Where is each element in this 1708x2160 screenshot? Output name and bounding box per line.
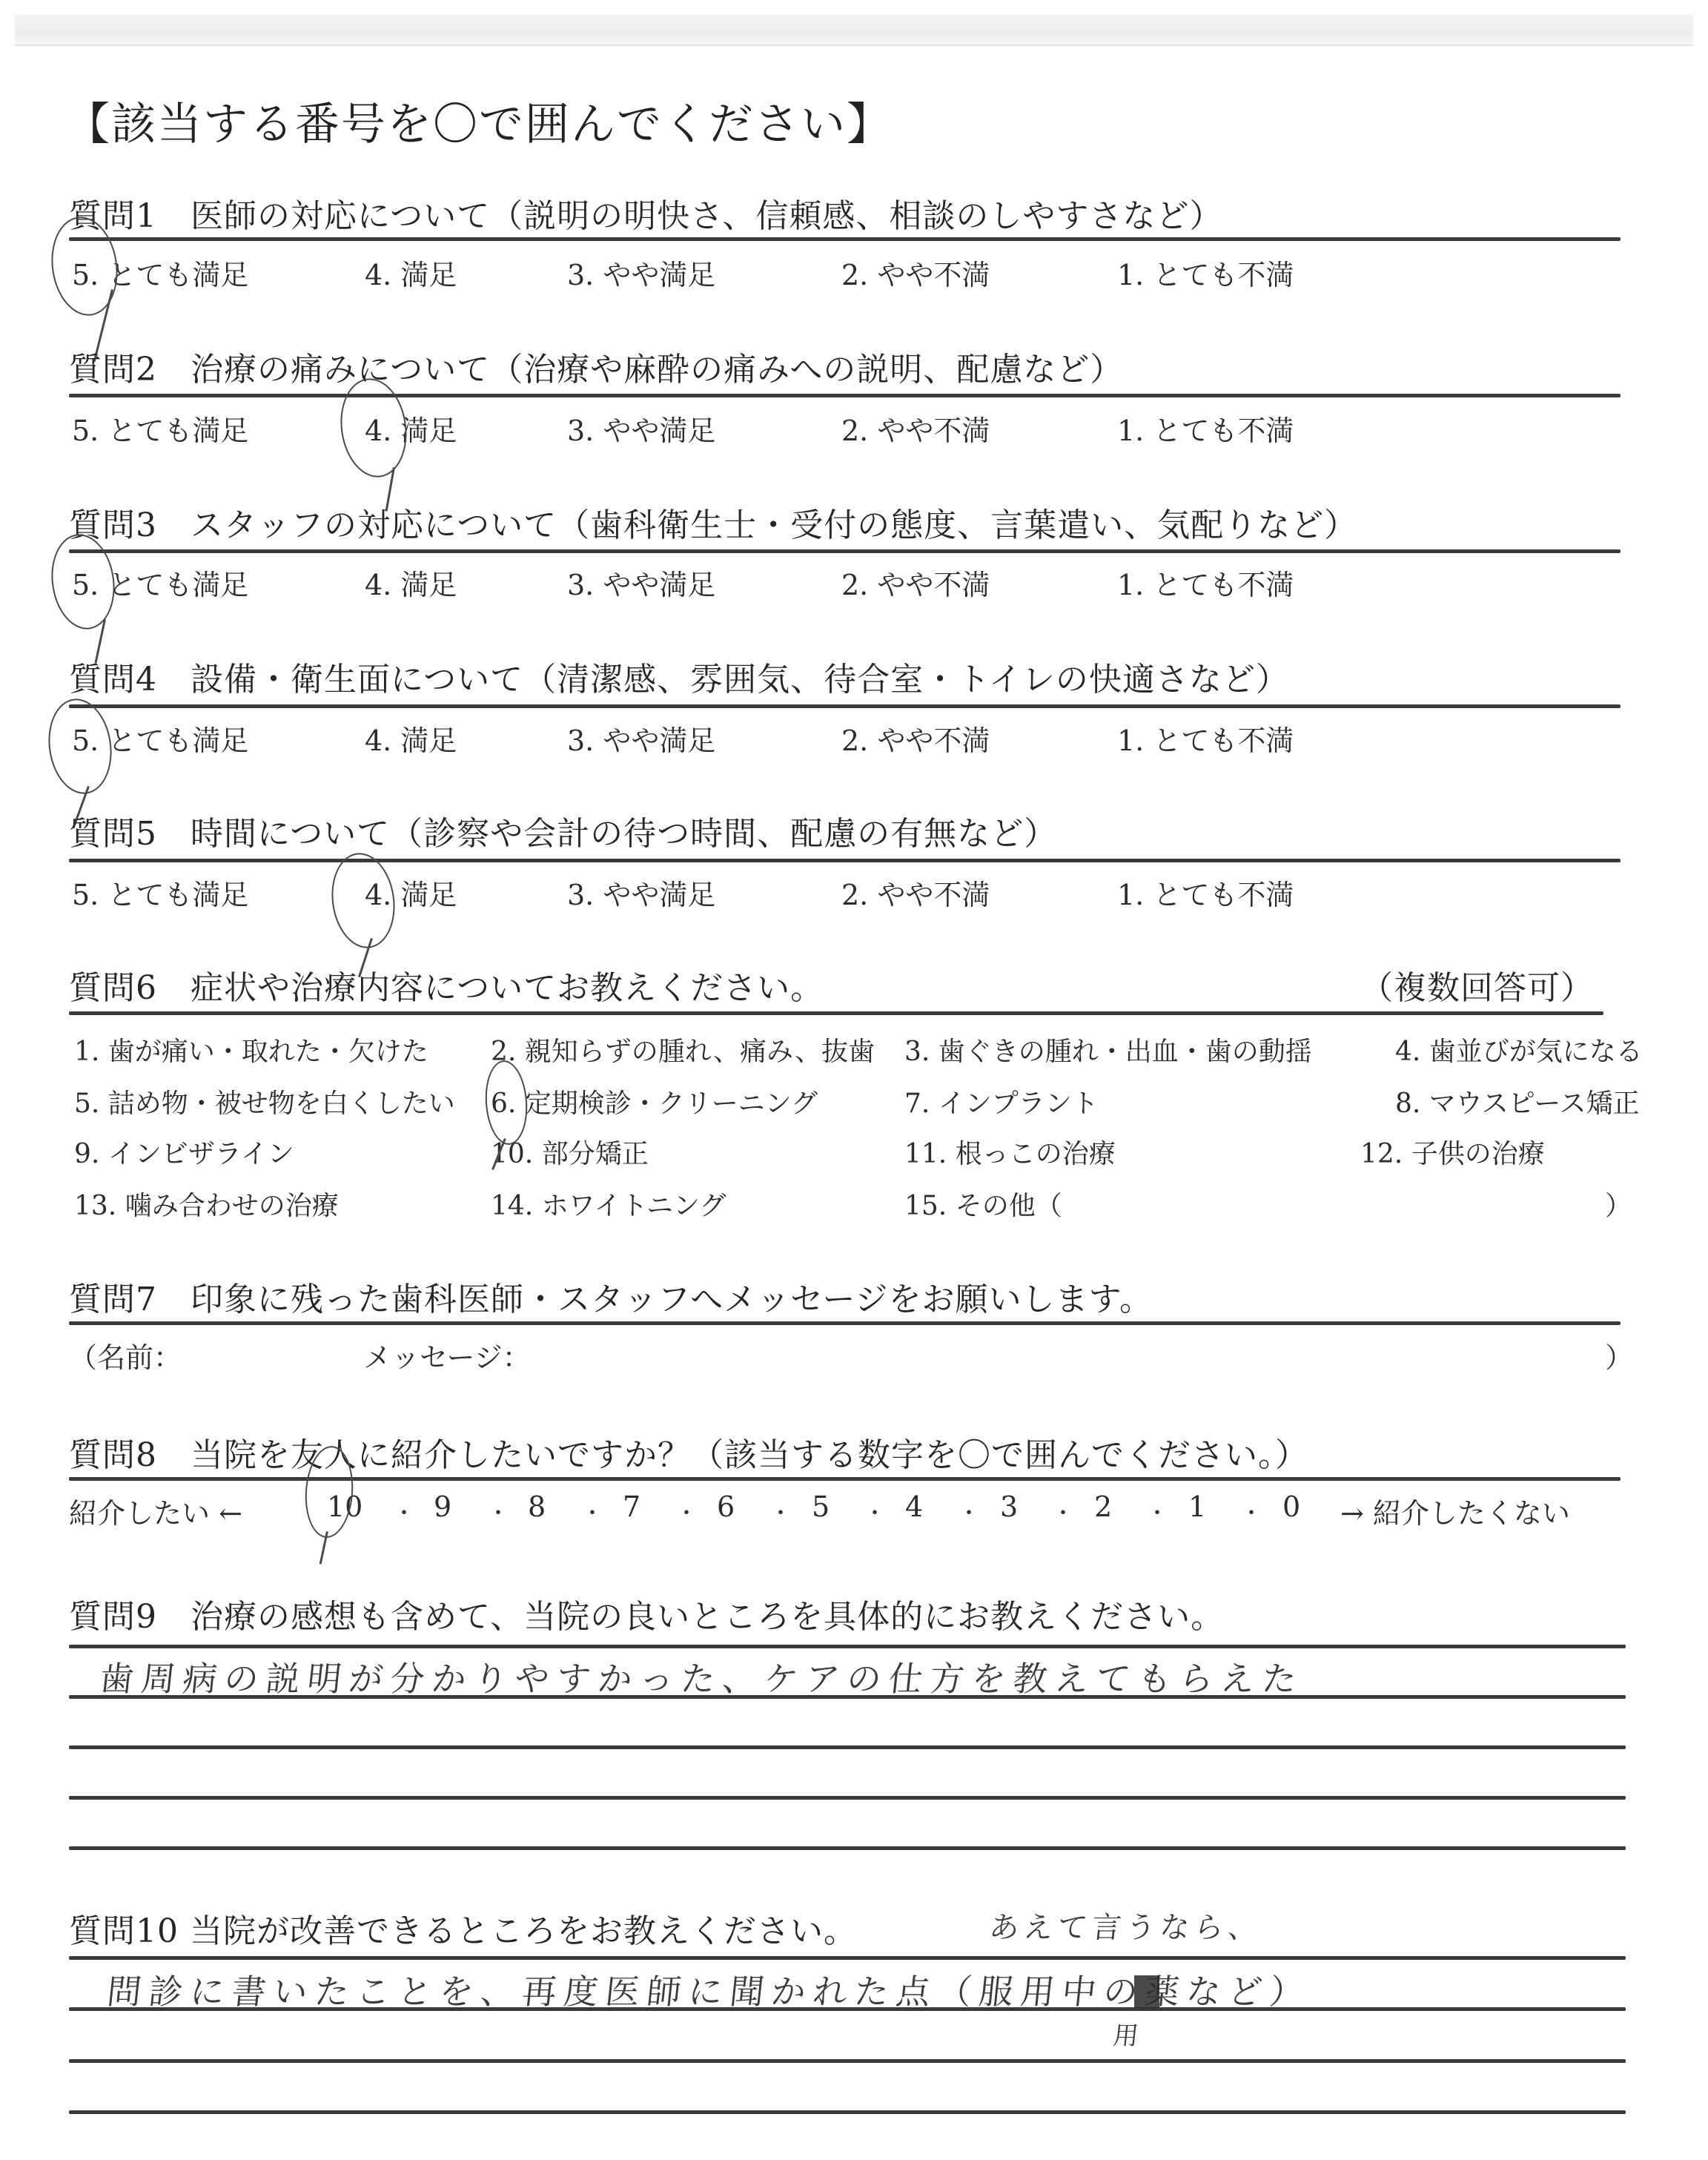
question-8-rule bbox=[69, 1477, 1621, 1481]
scan-edge-strip bbox=[15, 15, 1693, 46]
q10-handwritten-lead[interactable]: あえて言うなら、 bbox=[987, 1904, 1265, 1946]
handwritten-circle-q4-5 bbox=[42, 695, 117, 798]
q8-rating-4[interactable]: 4 bbox=[905, 1490, 923, 1523]
q2-option-2[interactable]: 2. やや不満 bbox=[841, 408, 990, 449]
q10-correction-note: 用 bbox=[1111, 2015, 1145, 2052]
q6-option-11[interactable]: 11. 根っこの治療 bbox=[904, 1133, 1116, 1171]
separator-dot: ・ bbox=[581, 1495, 603, 1527]
q2-option-1[interactable]: 1. とても不満 bbox=[1117, 408, 1294, 449]
q4-option-4[interactable]: 4. 満足 bbox=[365, 718, 457, 759]
q4-option-3[interactable]: 3. やや満足 bbox=[567, 718, 715, 759]
q7-name-label: （名前： bbox=[69, 1335, 182, 1375]
q3-option-1[interactable]: 1. とても不満 bbox=[1117, 562, 1294, 603]
q2-option-3[interactable]: 3. やや満足 bbox=[567, 408, 715, 449]
q10-line-1 bbox=[69, 1956, 1626, 1960]
form-instruction-title: 【該当する番号を〇で囲んでください】 bbox=[65, 89, 893, 153]
separator-dot: ・ bbox=[393, 1495, 415, 1527]
q3-option-3[interactable]: 3. やや満足 bbox=[567, 562, 715, 603]
q9-line-1 bbox=[69, 1645, 1626, 1648]
q8-rating-9[interactable]: 9 bbox=[434, 1490, 451, 1523]
q3-option-4[interactable]: 4. 満足 bbox=[365, 562, 457, 603]
question-6-label: 質問6 症状や治療内容についてお教えください。 bbox=[69, 961, 824, 1008]
question-9-label: 質問9 治療の感想も含めて、当院の良いところを具体的にお教えください。 bbox=[69, 1590, 1224, 1637]
question-2-rule bbox=[69, 394, 1621, 397]
q10-line-4 bbox=[69, 2110, 1626, 2114]
q1-option-2[interactable]: 2. やや不満 bbox=[841, 252, 990, 293]
q1-option-4[interactable]: 4. 満足 bbox=[365, 252, 457, 293]
q6-option-2[interactable]: 2. 親知らずの腫れ、痛み、抜歯 bbox=[491, 1031, 875, 1069]
crossed-out-character bbox=[1134, 1975, 1159, 2008]
question-1-rule bbox=[69, 237, 1621, 241]
q7-name-field[interactable] bbox=[208, 1335, 356, 1367]
q8-rating-3[interactable]: 3 bbox=[1000, 1490, 1018, 1523]
q8-rating-7[interactable]: 7 bbox=[623, 1490, 640, 1523]
q10-line-3 bbox=[69, 2059, 1626, 2063]
q6-option-12[interactable]: 12. 子供の治療 bbox=[1360, 1133, 1545, 1171]
separator-dot: ・ bbox=[1052, 1495, 1074, 1527]
q9-line-4 bbox=[69, 1796, 1626, 1800]
question-2-label: 質問2 治療の痛みについて（治療や麻酔の痛みへの説明、配慮など） bbox=[69, 343, 1123, 390]
q6-option-1[interactable]: 1. 歯が痛い・取れた・欠けた bbox=[74, 1031, 428, 1069]
q5-option-3[interactable]: 3. やや満足 bbox=[567, 872, 715, 913]
q6-option-7[interactable]: 7. インプラント bbox=[904, 1083, 1099, 1120]
q4-option-1[interactable]: 1. とても不満 bbox=[1117, 718, 1294, 759]
q6-option-4[interactable]: 4. 歯並びが気になる bbox=[1395, 1031, 1643, 1069]
separator-dot: ・ bbox=[1146, 1495, 1168, 1527]
question-8-label: 質問8 当院を友人に紹介したいですか？（該当する数字を〇で囲んでください。） bbox=[69, 1428, 1308, 1476]
q6-other-close-paren: ） bbox=[1605, 1185, 1632, 1223]
q8-rating-1[interactable]: 1 bbox=[1188, 1490, 1206, 1523]
q4-option-2[interactable]: 2. やや不満 bbox=[841, 718, 990, 759]
question-10-label: 質問10 当院が改善できるところをお教えください。 bbox=[69, 1904, 857, 1952]
q6-option-3[interactable]: 3. 歯ぐきの腫れ・出血・歯の動揺 bbox=[904, 1031, 1312, 1069]
q7-message-field[interactable] bbox=[549, 1335, 1586, 1367]
q5-option-1[interactable]: 1. とても不満 bbox=[1117, 872, 1294, 913]
q7-close-paren: ） bbox=[1605, 1335, 1633, 1375]
q8-right-label: → 紹介したくない bbox=[1340, 1490, 1570, 1531]
q6-option-8[interactable]: 8. マウスピース矯正 bbox=[1395, 1083, 1639, 1120]
q3-option-2[interactable]: 2. やや不満 bbox=[841, 562, 990, 603]
separator-dot: ・ bbox=[864, 1495, 886, 1527]
question-6-rule bbox=[69, 1011, 1603, 1015]
q2-option-5[interactable]: 5. とても満足 bbox=[72, 408, 248, 449]
q9-line-5 bbox=[69, 1846, 1626, 1850]
q6-option-9[interactable]: 9. インビザライン bbox=[74, 1133, 294, 1171]
q6-option-15-other[interactable]: 15. その他（ bbox=[904, 1185, 1062, 1223]
q8-rating-2[interactable]: 2 bbox=[1094, 1490, 1112, 1523]
question-4-rule bbox=[69, 704, 1621, 708]
q8-rating-0[interactable]: 0 bbox=[1282, 1490, 1300, 1523]
q1-option-3[interactable]: 3. やや満足 bbox=[567, 252, 715, 293]
q10-handwritten-answer[interactable]: 問診に書いたことを、再度医師に聞かれた点（服用中の薬など） bbox=[105, 1965, 1314, 2014]
multiple-answers-note: （複数回答可） bbox=[1360, 961, 1594, 1008]
q8-rating-6[interactable]: 6 bbox=[717, 1490, 735, 1523]
q5-option-5[interactable]: 5. とても満足 bbox=[72, 872, 248, 913]
question-1-label: 質問1 医師の対応について（説明の明快さ、信頼感、相談のしやすさなど） bbox=[69, 189, 1222, 237]
q9-line-3 bbox=[69, 1745, 1626, 1749]
question-7-label: 質問7 印象に残った歯科医師・スタッフへメッセージをお願いします。 bbox=[69, 1272, 1153, 1320]
q7-message-label: メッセージ： bbox=[363, 1335, 531, 1375]
q8-rating-5[interactable]: 5 bbox=[812, 1490, 830, 1523]
question-3-label: 質問3 スタッフの対応について（歯科衛生士・受付の態度、言葉遣い、気配りなど） bbox=[69, 498, 1357, 546]
handwritten-circle-q2-4 bbox=[334, 374, 413, 482]
q5-option-2[interactable]: 2. やや不満 bbox=[841, 872, 990, 913]
separator-dot: ・ bbox=[958, 1495, 980, 1527]
q1-option-1[interactable]: 1. とても不満 bbox=[1117, 252, 1294, 293]
q6-option-6[interactable]: 6. 定期検診・クリーニング bbox=[491, 1083, 818, 1120]
separator-dot: ・ bbox=[1240, 1495, 1262, 1527]
question-7-rule bbox=[69, 1321, 1621, 1325]
question-3-rule bbox=[69, 549, 1621, 553]
separator-dot: ・ bbox=[675, 1495, 698, 1527]
q6-option-5[interactable]: 5. 詰め物・被せ物を白くしたい bbox=[74, 1083, 455, 1120]
question-5-rule bbox=[69, 859, 1621, 862]
question-4-label: 質問4 設備・衛生面について（清潔感、雰囲気、待合室・トイレの快適さなど） bbox=[69, 653, 1289, 700]
q6-option-14[interactable]: 14. ホワイトニング bbox=[491, 1185, 726, 1223]
handwritten-circle-q5-4 bbox=[325, 849, 400, 952]
question-5-label: 質問5 時間について（診察や会計の待つ時間、配慮の有無など） bbox=[69, 807, 1057, 854]
q6-option-13[interactable]: 13. 噛み合わせの治療 bbox=[74, 1185, 339, 1223]
separator-dot: ・ bbox=[769, 1495, 792, 1527]
q9-handwritten-answer[interactable]: 歯周病の説明が分かりやすかった、ケアの仕方を教えてもらえた bbox=[98, 1652, 1307, 1701]
separator-dot: ・ bbox=[487, 1495, 509, 1527]
q8-rating-8[interactable]: 8 bbox=[528, 1490, 546, 1523]
q8-left-label: 紹介したい ← bbox=[69, 1490, 242, 1531]
